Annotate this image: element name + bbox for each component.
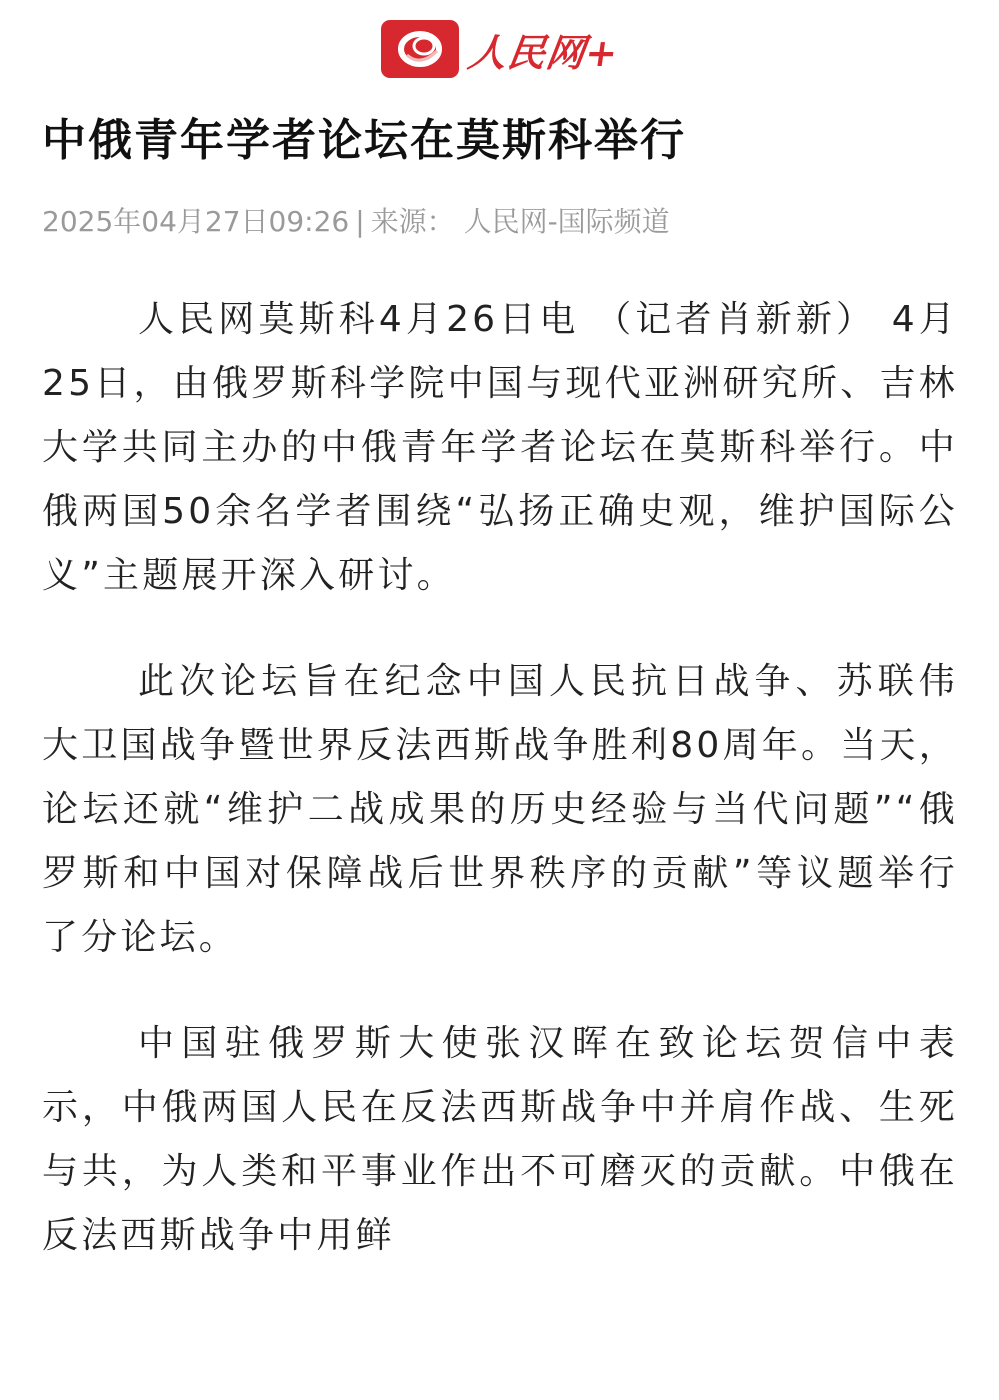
article-paragraph: 此次论坛旨在纪念中国人民抗日战争、苏联伟大卫国战争暨世界反法西斯战争胜利80周年… xyxy=(42,650,958,970)
source-name[interactable]: 人民网-国际频道 xyxy=(464,205,670,238)
meta-separator: | xyxy=(355,205,364,238)
article-meta: 2025年04月27日09:26|来源： 人民网-国际频道 xyxy=(42,202,670,242)
source-label: 来源： xyxy=(371,205,455,238)
publish-datetime: 2025年04月27日09:26 xyxy=(42,205,349,238)
article-paragraph: 人民网莫斯科4月26日电 （记者肖新新） 4月25日，由俄罗斯科学院中国与现代亚… xyxy=(42,288,958,608)
site-logo[interactable]: 人民网+ xyxy=(381,20,619,78)
people-daily-logo-icon xyxy=(381,20,459,78)
logo-text: 人民网+ xyxy=(465,22,623,77)
article-paragraph: 中国驻俄罗斯大使张汉晖在致论坛贺信中表示，中俄两国人民在反法西斯战争中并肩作战、… xyxy=(42,1012,958,1268)
site-header: 人民网+ xyxy=(0,18,999,80)
article-body: 人民网莫斯科4月26日电 （记者肖新新） 4月25日，由俄罗斯科学院中国与现代亚… xyxy=(42,288,958,1310)
article-title: 中俄青年学者论坛在莫斯科举行 xyxy=(42,110,686,172)
